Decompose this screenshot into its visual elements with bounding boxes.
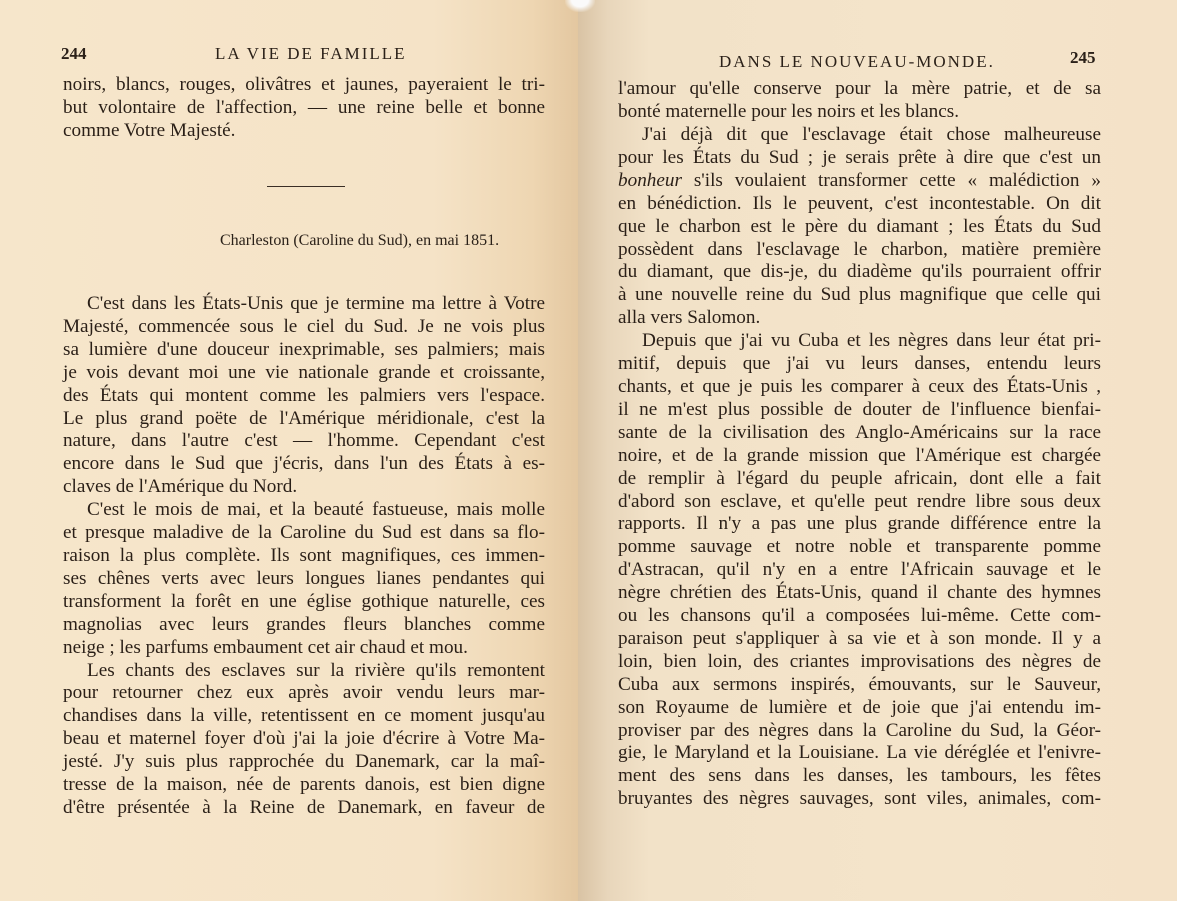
- text-line: ou les chansons qu'il a composées lui-mê…: [618, 605, 1101, 628]
- running-head-left: LA VIE DE FAMILLE: [215, 44, 407, 64]
- text-line: de remplir à l'égard du peuple africain,…: [618, 468, 1101, 491]
- text-line: son Royaume de lumière et de joie que j'…: [618, 697, 1101, 720]
- text-line: à une nouvelle reine du Sud plus magnifi…: [618, 284, 1101, 307]
- text-line: il ne m'est plus possible de douter de l…: [618, 399, 1101, 422]
- page-number-right: 245: [1070, 48, 1096, 68]
- dateline: Charleston (Caroline du Sud), en mai 185…: [220, 232, 499, 250]
- text-line: je vois devant moi une vie nationale gra…: [63, 362, 545, 385]
- text-line: alla vers Salomon.: [618, 307, 1101, 330]
- text-line: bruyantes des nègres sauvages, sont vile…: [618, 788, 1101, 811]
- text-line: l'amour qu'elle conserve pour la mère pa…: [618, 78, 1101, 101]
- text-line: ses chênes verts avec leurs longues lian…: [63, 568, 545, 591]
- text-line: chandises dans la ville, retentissent en…: [63, 705, 545, 728]
- text-line: jesté. J'y suis plus rapprochée du Danem…: [63, 751, 545, 774]
- text-line: pour retourner chez eux après avoir vend…: [63, 682, 545, 705]
- text-line: Majesté, commencée sous le ciel du Sud. …: [63, 316, 545, 339]
- text-line: Le plus grand poëte de l'Amérique méridi…: [63, 408, 545, 431]
- text-line: que le charbon est le père du diamant ; …: [618, 216, 1101, 239]
- text-line: rapports. Il n'y a pas une plus grande d…: [618, 513, 1101, 536]
- text-line: beau et maternel foyer d'où j'ai la joie…: [63, 728, 545, 751]
- right-page: DANS LE NOUVEAU-MONDE. 245 l'amour qu'el…: [578, 0, 1177, 901]
- text-line: J'ai déjà dit que l'esclavage était chos…: [618, 124, 1101, 147]
- text-line: C'est le mois de mai, et la beauté fastu…: [63, 499, 545, 522]
- text-line: but volontaire de l'affection, — une rei…: [63, 97, 545, 120]
- text-line: tresse de la maison, née de parents dano…: [63, 774, 545, 797]
- right-continuation: l'amour qu'elle conserve pour la mère pa…: [618, 78, 1101, 124]
- text-line: bonté maternelle pour les noirs et les b…: [618, 101, 1101, 124]
- left-body: C'est dans les États-Unis que je termine…: [63, 293, 545, 820]
- text-line: loin, bien loin, des criantes improvisat…: [618, 651, 1101, 674]
- text-line: ment des sens dans les danses, les tambo…: [618, 765, 1101, 788]
- text-line: gie, le Maryland et la Louisiane. La vie…: [618, 742, 1101, 765]
- right-body: J'ai déjà dit que l'esclavage était chos…: [618, 124, 1101, 811]
- text-line: neige ; les parfums embaument cet air ch…: [63, 637, 545, 660]
- left-continuation: noirs, blancs, rouges, olivâtres et jaun…: [63, 74, 545, 143]
- text-line: nature, dans l'autre c'est — l'homme. Ce…: [63, 430, 545, 453]
- text-line: magnolias avec leurs grandes fleurs blan…: [63, 614, 545, 637]
- text-line: sante de la civilisation des Anglo-Améri…: [618, 422, 1101, 445]
- text-line: proviser par des nègres dans la Caroline…: [618, 720, 1101, 743]
- text-line: encore dans le Sud que j'écris, dans l'u…: [63, 453, 545, 476]
- running-head-right: DANS LE NOUVEAU-MONDE.: [719, 52, 995, 72]
- text-line: d'Astracan, qu'il n'y en a entre l'Afric…: [618, 559, 1101, 582]
- text-line: C'est dans les États-Unis que je termine…: [63, 293, 545, 316]
- book-spread: 244 LA VIE DE FAMILLE noirs, blancs, rou…: [0, 0, 1177, 901]
- text-line: et presque maladive de la Caroline du Su…: [63, 522, 545, 545]
- section-separator: [267, 186, 345, 187]
- text-line: comme Votre Majesté.: [63, 120, 545, 143]
- text-line: Cuba aux sermons inspirés, émouvants, su…: [618, 674, 1101, 697]
- text-line: du diamant, que dis-je, du diadème qu'il…: [618, 261, 1101, 284]
- text-line: Les chants des esclaves sur la rivière q…: [63, 660, 545, 683]
- text-line: Depuis que j'ai vu Cuba et les nègres da…: [618, 330, 1101, 353]
- text-line: claves de l'Amérique du Nord.: [63, 476, 545, 499]
- text-line: d'abord son esclave, et qu'elle peut ren…: [618, 491, 1101, 514]
- text-line: raison la plus complète. Ils sont magnif…: [63, 545, 545, 568]
- text-line: bonheur s'ils voulaient transformer cett…: [618, 170, 1101, 193]
- text-line: en bénédiction. Ils le peuvent, c'est in…: [618, 193, 1101, 216]
- text-line: transforment la forêt en une église goth…: [63, 591, 545, 614]
- text-line: chants, et que je puis les comparer à ce…: [618, 376, 1101, 399]
- gutter-gap: [565, 0, 595, 12]
- text-line: nègre chrétien des États-Unis, quand il …: [618, 582, 1101, 605]
- text-line: possèdent dans l'esclavage le charbon, m…: [618, 239, 1101, 262]
- text-line: mitif, depuis que j'ai vu leurs danses, …: [618, 353, 1101, 376]
- text-line: noire, et de la grande mission que l'Amé…: [618, 445, 1101, 468]
- left-page: 244 LA VIE DE FAMILLE noirs, blancs, rou…: [0, 0, 578, 901]
- text-line: paraison peut s'appliquer à sa vie et à …: [618, 628, 1101, 651]
- text-line: pour les États du Sud ; je serais prête …: [618, 147, 1101, 170]
- text-line: pomme sauvage et notre noble et transpar…: [618, 536, 1101, 559]
- italic-word: bonheur: [618, 170, 682, 191]
- page-number-left: 244: [61, 44, 87, 64]
- text-line: sa lumière d'une douceur inexprimable, s…: [63, 339, 545, 362]
- text-line: noirs, blancs, rouges, olivâtres et jaun…: [63, 74, 545, 97]
- text-line: d'être présentée à la Reine de Danemark,…: [63, 797, 545, 820]
- text-line: des États qui montent comme les palmiers…: [63, 385, 545, 408]
